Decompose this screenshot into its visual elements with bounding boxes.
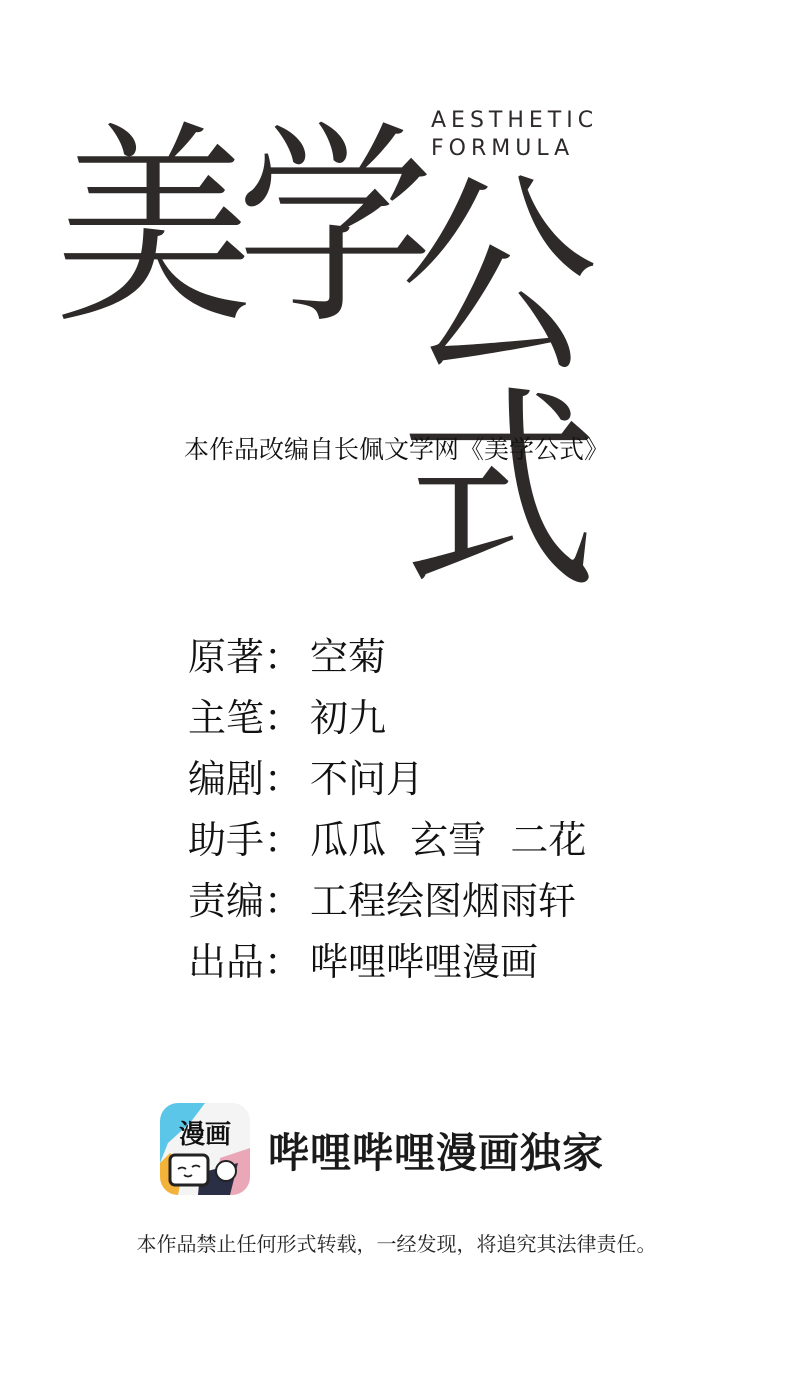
credit-label: 编剧： bbox=[188, 749, 302, 810]
credit-value: 不问月 bbox=[310, 749, 424, 810]
title-zh-part2: 公式 bbox=[400, 170, 727, 600]
credit-value: 瓜瓜 玄雪 二花 bbox=[310, 810, 586, 871]
credit-label: 原著： bbox=[188, 627, 302, 688]
brand-block: 漫画 哔哩哔哩漫画独家 bbox=[160, 1103, 604, 1195]
title-logo: 美学 公式 AESTHETIC FORMULA bbox=[55, 85, 755, 385]
credits-list: 原著：空菊 主笔：初九 编剧：不问月 助手：瓜瓜 玄雪 二花 责编：工程绘图烟雨… bbox=[188, 627, 586, 993]
title-en-line2: FORMULA bbox=[431, 135, 598, 163]
copyright-notice: 本作品禁止任何形式转载，一经发现，将追究其法律责任。 bbox=[0, 1228, 793, 1257]
credit-row-screenwriter: 编剧：不问月 bbox=[188, 749, 586, 810]
title-zh-part1: 美学 bbox=[55, 120, 417, 335]
credit-row-assistants: 助手：瓜瓜 玄雪 二花 bbox=[188, 810, 586, 871]
credit-row-editor: 责编：工程绘图烟雨轩 bbox=[188, 871, 586, 932]
credit-label: 出品： bbox=[188, 932, 302, 993]
credit-row-lead-artist: 主笔：初九 bbox=[188, 688, 586, 749]
brand-exclusive-text: 哔哩哔哩漫画独家 bbox=[268, 1120, 604, 1179]
credit-value: 工程绘图烟雨轩 bbox=[310, 871, 576, 932]
credit-label: 助手： bbox=[188, 810, 302, 871]
credit-value: 初九 bbox=[310, 688, 386, 749]
credit-value: 哔哩哔哩漫画 bbox=[310, 932, 538, 993]
title-en-line1: AESTHETIC bbox=[431, 107, 598, 135]
source-line: 本作品改编自长佩文学网《美学公式》 bbox=[0, 430, 793, 466]
credit-value: 空菊 bbox=[310, 627, 386, 688]
credit-row-publisher: 出品：哔哩哔哩漫画 bbox=[188, 932, 586, 993]
credit-row-original-author: 原著：空菊 bbox=[188, 627, 586, 688]
app-icon-text: 漫画 bbox=[179, 1120, 231, 1150]
credit-label: 责编： bbox=[188, 871, 302, 932]
title-en: AESTHETIC FORMULA bbox=[431, 107, 598, 163]
bilibili-manga-app-icon: 漫画 bbox=[160, 1103, 250, 1195]
credit-label: 主笔： bbox=[188, 688, 302, 749]
